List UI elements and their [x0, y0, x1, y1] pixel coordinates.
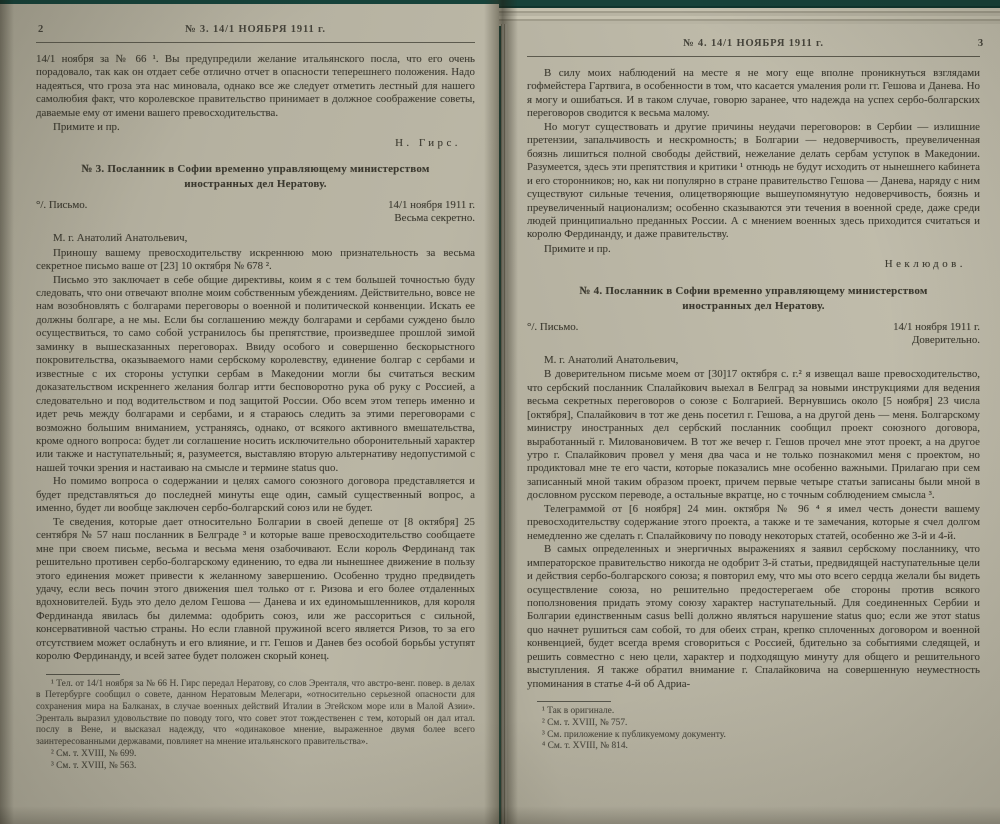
document-3-paragraph: Письмо это заключает в себе общие директ…: [36, 274, 475, 476]
document-4-heading-line1: № 4. Посланник в Софии временно управляю…: [579, 285, 927, 297]
signature-neklyudov: Неклюдов.: [527, 258, 980, 271]
footnote: ² См. т. XVIII, № 757.: [527, 718, 980, 730]
footnotes-right: ¹ Так в оригинале. ² См. т. XVIII, № 757…: [527, 706, 980, 753]
document-3-paragraph: Те сведения, которые дает относительно Б…: [36, 516, 475, 664]
signature-girs: Н. Гирс.: [36, 137, 475, 150]
document-4-classification: Доверительно.: [912, 334, 980, 346]
document-3-classification: Весьма секретно.: [394, 212, 475, 224]
document-type-label: °/. Письмо.: [527, 321, 578, 334]
document-3-date-block: 14/1 ноября 1911 г. Весьма секретно.: [388, 199, 475, 225]
document-type-label: °/. Письмо.: [36, 199, 87, 212]
continuation-paragraph: Но могут существовать и другие причины н…: [527, 121, 980, 242]
page-number-right: 3: [978, 38, 984, 49]
salutation: М. г. Анатолий Анатольевич,: [36, 232, 475, 245]
footnotes-left: ¹ Тел. от 14/1 ноября за № 66 Н. Гирс пе…: [36, 679, 475, 773]
document-3-meta: °/. Письмо. 14/1 ноября 1911 г. Весьма с…: [36, 199, 475, 225]
document-3-date: 14/1 ноября 1911 г.: [388, 199, 475, 211]
page-right: № 4. 14/1 НОЯБРЯ 1911 г. 3 В силу моих н…: [501, 24, 1000, 824]
document-3-heading: № 3. Посланник в Софии временно управляю…: [36, 162, 475, 192]
document-4-date-block: 14/1 ноября 1911 г. Доверительно.: [893, 321, 980, 347]
page-header-right: № 4. 14/1 НОЯБРЯ 1911 г. 3: [527, 38, 980, 54]
footnote-separator-right: [537, 701, 611, 702]
page-content-left: 14/1 ноября за № 66 ¹. Вы предупредили ж…: [36, 53, 475, 772]
closing-phrase: Примите и пр.: [527, 243, 980, 256]
footnote: ⁴ См. т. XVIII, № 814.: [527, 741, 980, 753]
page-header-left: 2 № 3. 14/1 НОЯБРЯ 1911 г.: [36, 24, 475, 40]
page-content-right: В силу моих наблюдений на месте я не мог…: [527, 67, 980, 753]
document-3-paragraph: Приношу вашему превосходительству искрен…: [36, 247, 475, 274]
continuation-paragraph: В силу моих наблюдений на месте я не мог…: [527, 67, 980, 121]
footnote: ¹ Тел. от 14/1 ноября за № 66 Н. Гирс пе…: [36, 679, 475, 749]
footnote: ³ См. т. XVIII, № 563.: [36, 761, 475, 773]
document-3-heading-line1: № 3. Посланник в Софии временно управляю…: [81, 163, 429, 175]
document-4-paragraph: В доверительном письме моем от [30]17 ок…: [527, 368, 980, 503]
header-rule-right: [527, 56, 980, 57]
stacked-page-edges: [430, 6, 1000, 26]
footnote: ² См. т. XVIII, № 699.: [36, 749, 475, 761]
footnote: ³ См. приложение к публикуемому документ…: [527, 730, 980, 742]
document-3-paragraph: Но помимо вопроса о содержании и целях с…: [36, 475, 475, 515]
book-spread: 2 № 3. 14/1 НОЯБРЯ 1911 г. 14/1 ноября з…: [0, 0, 1000, 824]
document-3-heading-line2: иностранных дел Нератову.: [184, 178, 327, 190]
footnote-separator-left: [46, 674, 120, 675]
document-4-heading: № 4. Посланник в Софии временно управляю…: [527, 284, 980, 314]
footnote: ¹ Так в оригинале.: [527, 706, 980, 718]
page-left: 2 № 3. 14/1 НОЯБРЯ 1911 г. 14/1 ноября з…: [0, 4, 499, 824]
header-rule-left: [36, 42, 475, 43]
document-4-meta: °/. Письмо. 14/1 ноября 1911 г. Доверите…: [527, 321, 980, 347]
continuation-paragraph: 14/1 ноября за № 66 ¹. Вы предупредили ж…: [36, 53, 475, 120]
running-title-left: № 3. 14/1 НОЯБРЯ 1911 г.: [36, 24, 475, 35]
document-4-heading-line2: иностранных дел Нератову.: [682, 300, 825, 312]
document-4-paragraph: В самых определенных и энергичных выраже…: [527, 543, 980, 691]
document-4-date: 14/1 ноября 1911 г.: [893, 321, 980, 333]
running-title-right: № 4. 14/1 НОЯБРЯ 1911 г.: [527, 38, 980, 49]
document-4-paragraph: Телеграммой от [6 ноября] 24 мин. октябр…: [527, 503, 980, 543]
closing-phrase: Примите и пр.: [36, 121, 475, 134]
salutation: М. г. Анатолий Анатольевич,: [527, 354, 980, 367]
